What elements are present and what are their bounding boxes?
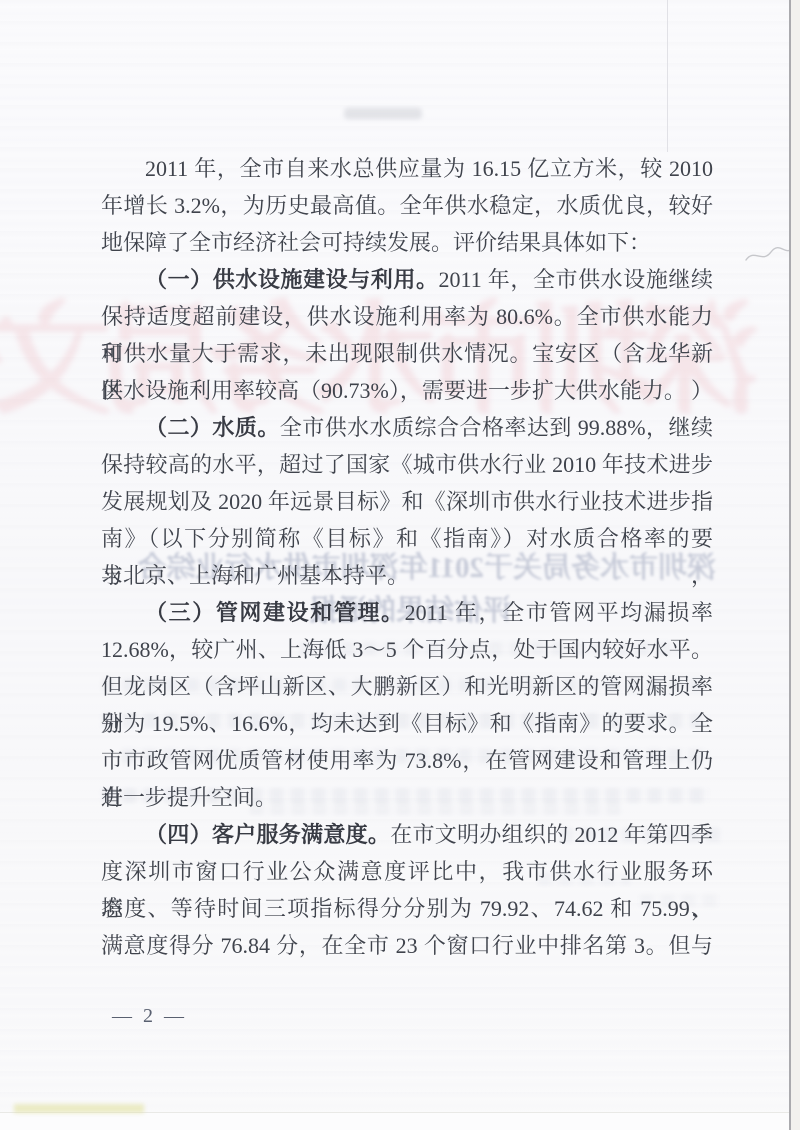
text-line: 市市政管网优质管材使用率为 73.8%，在管网建设和管理上仍有 <box>101 742 713 779</box>
text-line: 别为 19.5%、16.6%，均未达到《目标》和《指南》的要求。全 <box>101 705 713 742</box>
text-line: （四）客户服务满意度。在市文明办组织的 2012 年第四季 <box>101 816 713 853</box>
text-line: 年增长 3.2%，为历史最高值。全年供水稳定，水质优良，较好 <box>101 187 713 224</box>
paragraph: （三）管网建设和管理。2011 年，全市管网平均漏损率12.68%，较广州、上海… <box>101 594 713 816</box>
text-line: 保持较高的水平，超过了国家《城市供水行业 2010 年技术进步 <box>101 446 713 483</box>
paragraph: （一）供水设施建设与利用。2011 年，全市供水设施继续保持适度超前建设，供水设… <box>101 261 713 409</box>
text-line: 保持适度超前建设，供水设施利用率为 80.6%。全市供水能力和 <box>101 298 713 335</box>
text-line: 2011 年，全市自来水总供应量为 16.15 亿立方米，较 2010 <box>101 150 713 187</box>
text-line: 态度、等待时间三项指标得分分别为 79.92、74.62 和 75.99， <box>101 890 713 927</box>
scanned-document-page: 深圳市水务局文件 深圳市水务局关于2011年深圳市供水行业综合 评估结果的通报 … <box>0 0 800 1130</box>
text-line: 供水设施利用率较高（90.73%），需要进一步扩大供水能力。 <box>101 372 713 409</box>
text-line: 但龙岗区（含坪山新区、大鹏新区）和光明新区的管网漏损率分 <box>101 668 713 705</box>
document-body: 2011 年，全市自来水总供应量为 16.15 亿立方米，较 2010年增长 3… <box>101 150 713 964</box>
scan-smudge <box>344 108 422 119</box>
paper-crease-line <box>667 0 668 152</box>
section-heading: （一）供水设施建设与利用。 <box>145 267 439 292</box>
text-line: 满意度得分 76.84 分，在全市 23 个窗口行业中排名第 3。但与 <box>101 927 713 964</box>
text-line: 可供水量大于需求，未出现限制供水情况。宝安区（含龙华新区） <box>101 335 713 372</box>
scan-color-smudge <box>14 1104 144 1113</box>
text-line: 南》（以下分别简称《目标》和《指南》）对水质合格率的要求， <box>101 520 713 557</box>
text-line: 进一步提升空间。 <box>101 779 713 816</box>
text-line: （一）供水设施建设与利用。2011 年，全市供水设施继续 <box>101 261 713 298</box>
scan-edge-area <box>791 0 800 1130</box>
paragraph: （二）水质。全市供水水质综合合格率达到 99.88%，继续保持较高的水平，超过了… <box>101 409 713 594</box>
section-heading: （三）管网建设和管理。 <box>145 600 405 625</box>
text-line: 发展规划及 2020 年远景目标》和《深圳市供水行业技术进步指 <box>101 483 713 520</box>
paragraph: 2011 年，全市自来水总供应量为 16.15 亿立方米，较 2010年增长 3… <box>101 150 713 261</box>
text-line: 度深圳市窗口行业公众满意度评比中，我市供水行业服务环境、 <box>101 853 713 890</box>
section-heading: （二）水质。 <box>145 415 280 440</box>
text-line: 地保障了全市经济社会可持续发展。评价结果具体如下： <box>101 224 713 261</box>
section-heading: （四）客户服务满意度。 <box>145 822 390 847</box>
paper-bottom-edge <box>0 1112 800 1130</box>
text-line: （三）管网建设和管理。2011 年，全市管网平均漏损率 <box>101 594 713 631</box>
text-line: 12.68%，较广州、上海低 3～5 个百分点，处于国内较好水平。 <box>101 631 713 668</box>
page-number: — 2 — <box>112 1005 187 1028</box>
text-line: （二）水质。全市供水水质综合合格率达到 99.88%，继续 <box>101 409 713 446</box>
paragraph: （四）客户服务满意度。在市文明办组织的 2012 年第四季度深圳市窗口行业公众满… <box>101 816 713 964</box>
